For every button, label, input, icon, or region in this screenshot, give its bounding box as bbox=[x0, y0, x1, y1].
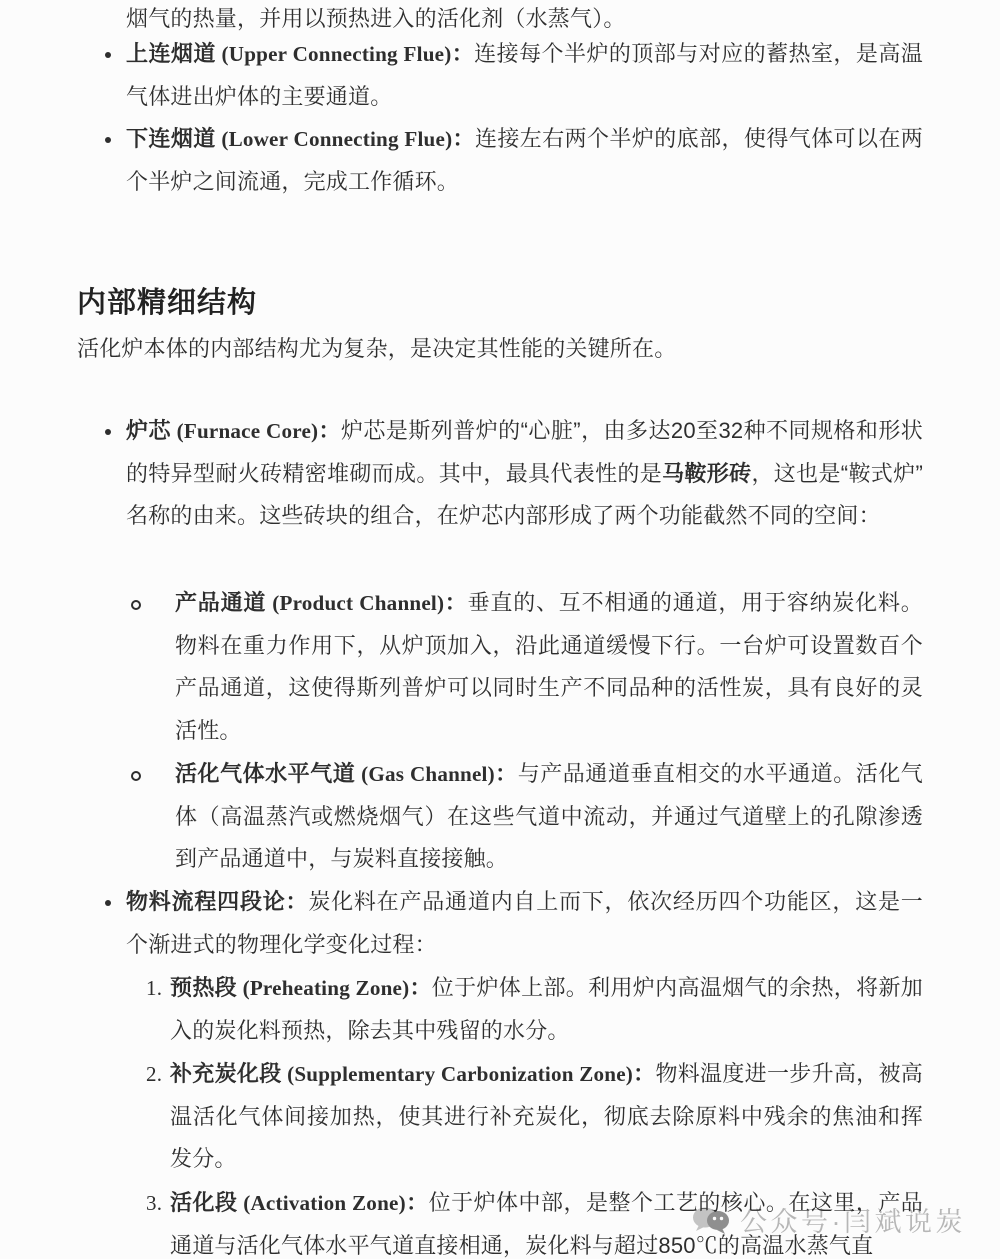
list-item-product-channel: 产品通道 (Product Channel)：垂直的、互不相通的通道，用于容纳炭… bbox=[175, 582, 923, 752]
list-item-text: 物料流程四段论：炭化料在产品通道内自上而下，依次经历四个功能区，这是一个渐进式的… bbox=[126, 889, 923, 957]
list-number: 3. bbox=[146, 1182, 162, 1225]
numbered-item-preheating-zone: 1. 预热段 (Preheating Zone)：位于炉体上部。利用炉内高温烟气… bbox=[170, 967, 923, 1052]
numbered-item-supplementary-carbonization-zone: 2. 补充炭化段 (Supplementary Carbonization Zo… bbox=[170, 1053, 923, 1181]
bullet-dot-icon bbox=[105, 137, 111, 143]
list-item-material-flow: 物料流程四段论：炭化料在产品通道内自上而下，依次经历四个功能区，这是一个渐进式的… bbox=[126, 881, 923, 966]
document-page: 烟气的热量，并用以预热进入的活化剂（水蒸气）。 上连烟道 (Upper Conn… bbox=[0, 0, 1000, 1259]
bullet-dot-icon bbox=[105, 52, 111, 58]
list-item-text: 下连烟道 (Lower Connecting Flue)：连接左右两个半炉的底部… bbox=[126, 126, 923, 194]
list-item-text: 预热段 (Preheating Zone)：位于炉体上部。利用炉内高温烟气的余热… bbox=[170, 975, 923, 1043]
bullet-dot-icon bbox=[105, 429, 111, 435]
list-item-text: 产品通道 (Product Channel)：垂直的、互不相通的通道，用于容纳炭… bbox=[175, 590, 923, 743]
list-item-furnace-core: 炉芯 (Furnace Core)：炉芯是斯列普炉的“心脏”，由多达20至32种… bbox=[126, 410, 923, 538]
list-item-text: 补充炭化段 (Supplementary Carbonization Zone)… bbox=[170, 1061, 923, 1171]
list-item-text: 活化气体水平气道 (Gas Channel)：与产品通道垂直相交的水平通道。活化… bbox=[175, 761, 923, 871]
list-item-text: 活化段 (Activation Zone)：位于炉体中部，是整个工艺的核心。在这… bbox=[170, 1190, 923, 1258]
list-item-gas-channel: 活化气体水平气道 (Gas Channel)：与产品通道垂直相交的水平通道。活化… bbox=[175, 753, 923, 881]
list-item-text: 炉芯 (Furnace Core)：炉芯是斯列普炉的“心脏”，由多达20至32种… bbox=[126, 418, 923, 528]
intro-paragraph: 活化炉本体的内部结构尤为复杂，是决定其性能的关键所在。 bbox=[77, 328, 923, 371]
bullet-circle-icon bbox=[131, 771, 141, 781]
list-item-lower-flue: 下连烟道 (Lower Connecting Flue)：连接左右两个半炉的底部… bbox=[126, 118, 923, 203]
list-item-upper-flue: 上连烟道 (Upper Connecting Flue)：连接每个半炉的顶部与对… bbox=[126, 33, 923, 118]
bullet-circle-icon bbox=[131, 600, 141, 610]
list-number: 1. bbox=[146, 967, 162, 1010]
bullet-dot-icon bbox=[105, 900, 111, 906]
numbered-item-activation-zone: 3. 活化段 (Activation Zone)：位于炉体中部，是整个工艺的核心… bbox=[170, 1182, 923, 1259]
section-heading: 内部精细结构 bbox=[77, 280, 257, 321]
list-item-text: 上连烟道 (Upper Connecting Flue)：连接每个半炉的顶部与对… bbox=[126, 41, 923, 109]
list-number: 2. bbox=[146, 1053, 162, 1096]
